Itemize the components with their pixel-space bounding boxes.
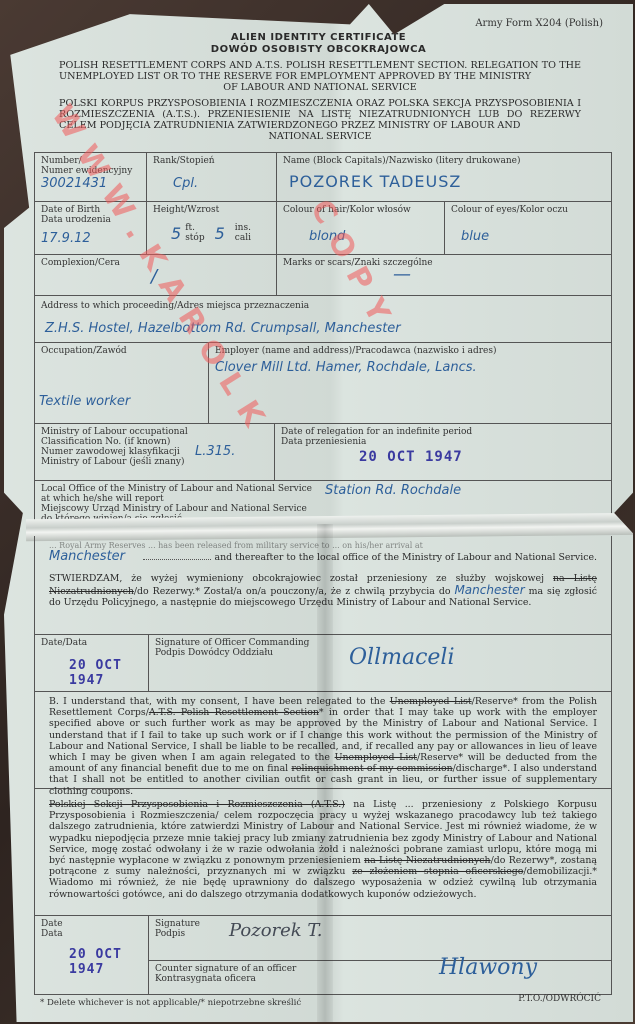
title-english: ALIEN IDENTITY CERTIFICATE <box>4 32 633 43</box>
strike-pl-officer: ze złożeniem stopnia oficerskiego <box>352 866 523 877</box>
occupation-value: Textile worker <box>39 394 130 409</box>
strike-ats-section: A.T.S. Polish Resettlement Section <box>149 707 319 718</box>
classification-label-1: Ministry of Labour occupational <box>41 427 268 437</box>
employer-label: Employer (name and address)/Pracodawca (… <box>215 346 605 356</box>
pl-destination-value: Manchester <box>454 583 524 597</box>
cert-date-cell: Date/Data 20 OCT 1947 <box>35 635 149 691</box>
strike-unemployed-list-2: Unemployed List <box>335 752 417 763</box>
occupation-cell: Occupation/Zawód Textile worker <box>35 343 209 423</box>
strike-unemployed-list: Unemployed List <box>390 696 472 707</box>
relegation-date-cell: Date of relegation for an indefinite per… <box>275 424 611 480</box>
classification-cell: Ministry of Labour occupational Classifi… <box>35 424 275 480</box>
strike-commission: relinquishment of my commission <box>291 763 452 774</box>
rank-cell: Rank/Stopień Cpl. <box>147 153 277 201</box>
document-paper: Army Form X204 (Polish) ALIEN IDENTITY C… <box>4 4 633 1022</box>
number-value: 30021431 <box>41 176 140 191</box>
eyes-label: Colour of eyes/Kolor oczu <box>451 205 605 215</box>
counter-signature-label-pl: Kontrasygnata oficera <box>155 974 605 984</box>
rank-label: Rank/Stopień <box>153 156 270 166</box>
name-value: POZOREK TADEUSZ <box>289 172 605 191</box>
local-office-label-2: at which he/she will report <box>41 494 605 504</box>
holder-signature-area: Signature Podpis Pozorek T. <box>149 916 611 961</box>
occupation-label: Occupation/Zawód <box>41 346 202 356</box>
header-english: POLISH RESETTLEMENT CORPS AND A.T.S. POL… <box>59 60 581 82</box>
height-inches-value: 5 <box>215 224 225 243</box>
name-label: Name (Block Capitals)/Nazwisko (litery d… <box>283 156 605 166</box>
height-feet-value: 5 <box>171 224 181 243</box>
cert-date-label: Date/Data <box>41 638 142 648</box>
relegation-date-label-pl: Data przeniesienia <box>281 437 605 447</box>
number-label: Number/ Numer ewidencyjny <box>41 156 140 176</box>
officer-signature-cell: Signature of Officer Commanding Podpis D… <box>149 635 611 691</box>
decl-date-cell: Date Data 20 OCT 1947 <box>35 916 149 994</box>
dob-label-pl: Data urodzenia <box>41 215 140 225</box>
height-label: Height/Wzrost <box>153 205 270 215</box>
employer-value: Clover Mill Ltd. Hamer, Rochdale, Lancs. <box>215 360 605 375</box>
header-polish: POLSKI KORPUS PRZYSPOSOBIENIA I ROZMIESZ… <box>59 98 581 131</box>
feet-unit-pl: stóp <box>185 233 204 243</box>
eyes-cell: Colour of eyes/Kolor oczu blue <box>445 202 611 254</box>
dob-cell: Date of Birth Data urodzenia 17.9.12 <box>35 202 147 254</box>
footnote: * Delete whichever is not applicable/* n… <box>40 998 301 1008</box>
cert-date-stamp: 20 OCT 1947 <box>69 658 142 688</box>
complexion-cell: Complexion/Cera / <box>35 255 277 295</box>
personal-details-table: Number/ Numer ewidencyjny 30021431 Rank/… <box>34 152 612 534</box>
strike-pl-list: na Listę Niezatrudnionych <box>364 855 491 866</box>
feet-unit: ft. <box>185 223 204 233</box>
counter-signature: Hlawony <box>439 955 537 980</box>
name-cell: Name (Block Capitals)/Nazwisko (litery d… <box>277 153 611 201</box>
pl-certification-text-2: /do Rezerwy.* Został/a on/a pouczony/a, … <box>134 586 451 597</box>
local-office-label-3: Miejscowy Urząd Ministry of Labour and N… <box>41 504 605 514</box>
eyes-value: blue <box>461 229 605 244</box>
destination-value: Manchester <box>49 551 139 562</box>
dob-value: 17.9.12 <box>41 231 140 246</box>
inch-unit: ins. <box>235 223 251 233</box>
hair-cell: Colour of hair/Kolor włosów blond <box>277 202 445 254</box>
header-english-2: OF LABOUR AND NATIONAL SERVICE <box>59 82 581 93</box>
classification-value: L.315. <box>195 444 235 459</box>
decl-date-label-pl: Data <box>41 929 142 939</box>
header-polish-2: NATIONAL SERVICE <box>59 131 581 142</box>
dob-label: Date of Birth <box>41 205 140 215</box>
decl-date-label: Date <box>41 919 142 929</box>
signature-label: Signature <box>155 919 605 929</box>
signatures-cell: Signature Podpis Pozorek T. Counter sign… <box>149 916 611 994</box>
relegation-date-stamp: 20 OCT 1947 <box>359 449 605 465</box>
address-label: Address to which proceeding/Adres miejsc… <box>41 301 605 311</box>
after-text: and thereafter to the local office of th… <box>215 552 598 563</box>
pto-note: P.T.O./ODWRÓCIĆ <box>518 994 601 1004</box>
complexion-value: / <box>151 266 270 287</box>
officer-signature: Ollmaceli <box>349 645 455 670</box>
relegation-date-label: Date of relegation for an indefinite per… <box>281 427 605 437</box>
rank-value: Cpl. <box>173 176 270 191</box>
hair-label: Colour of hair/Kolor włosów <box>283 205 438 215</box>
number-cell: Number/ Numer ewidencyjny 30021431 <box>35 153 147 201</box>
inch-unit-pl: cali <box>235 233 251 243</box>
decl-date-stamp: 20 OCT 1947 <box>69 947 142 977</box>
vertical-crease <box>317 524 333 1024</box>
hair-value: blond <box>309 229 438 244</box>
local-office-value: Station Rd. Rochdale <box>325 483 461 498</box>
form-number: Army Form X204 (Polish) <box>475 18 603 29</box>
address-value: Z.H.S. Hostel, Hazelbottom Rd. Crumpsall… <box>45 321 605 336</box>
address-cell: Address to which proceeding/Adres miejsc… <box>35 296 611 342</box>
height-cell: Height/Wzrost 5 ft.stóp 5 ins.cali <box>147 202 277 254</box>
marks-cell: Marks or scars/Znaki szczególne — <box>277 255 611 295</box>
title-polish: DOWÓD OSOBISTY OBCOKRAJOWCA <box>4 44 633 55</box>
signature-label-pl: Podpis <box>155 929 605 939</box>
holder-signature: Pozorek T. <box>229 920 323 941</box>
counter-signature-area: Counter signature of an officer Kontrasy… <box>149 961 611 987</box>
declaration-en-prefix: B. I understand that, with my consent, I… <box>49 696 385 707</box>
employer-cell: Employer (name and address)/Pracodawca (… <box>209 343 611 423</box>
local-office-label-1: Local Office of the Ministry of Labour a… <box>41 484 605 494</box>
counter-signature-label: Counter signature of an officer <box>155 964 605 974</box>
strike-pl-ats: Polskiej Sekcji Przysposobienia i Rozmie… <box>49 799 345 810</box>
